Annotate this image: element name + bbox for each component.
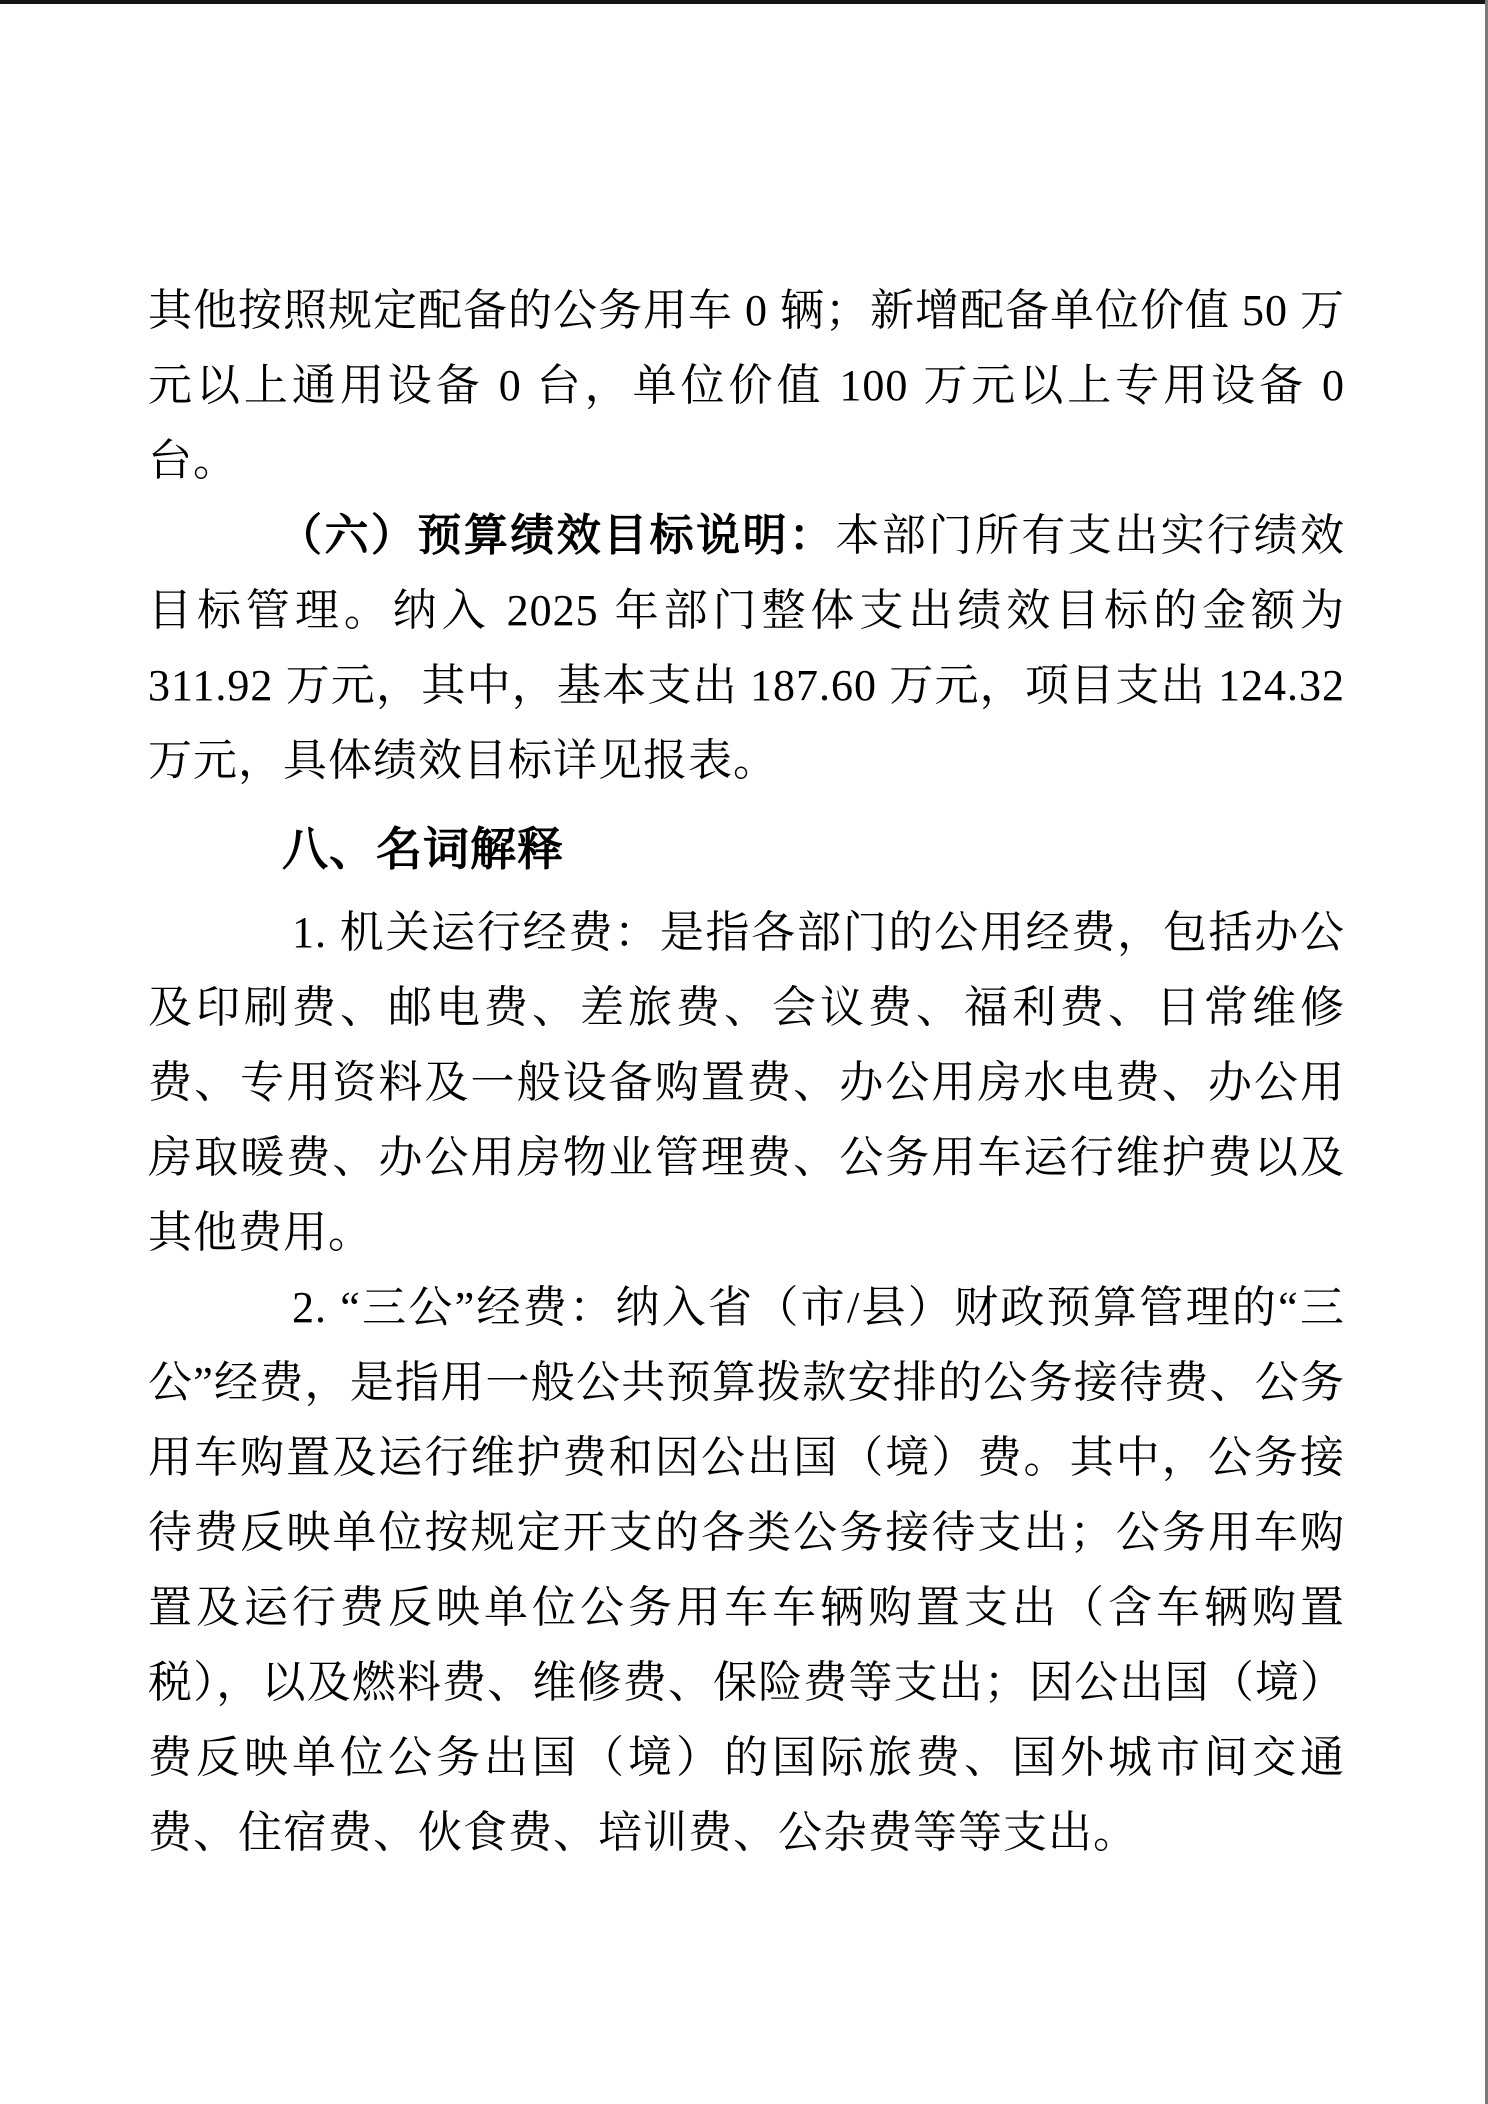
paragraph-term-agency-operating-cost: 1. 机关运行经费：是指各部门的公用经费，包括办公及印刷费、邮电费、差旅费、会议… [148,895,1345,1270]
page-top-border [0,0,1488,4]
paragraph-vehicle-equipment: 其他按照规定配备的公务用车 0 辆；新增配备单位价值 50 万元以上通用设备 0… [148,273,1345,498]
paragraph-term-three-public-funds: 2. “三公”经费：纳入省（市/县）财政预算管理的“三公”经费，是指用一般公共预… [148,1270,1345,1870]
document-page: 其他按照规定配备的公务用车 0 辆；新增配备单位价值 50 万元以上通用设备 0… [0,0,1488,2104]
budget-performance-lead-label: （六）预算绩效目标说明： [278,511,835,560]
document-body: 其他按照规定配备的公务用车 0 辆；新增配备单位价值 50 万元以上通用设备 0… [148,273,1345,1870]
section-heading-glossary: 八、名词解释 [148,812,1345,887]
paragraph-budget-performance: （六）预算绩效目标说明：本部门所有支出实行绩效目标管理。纳入 2025 年部门整… [148,498,1345,798]
